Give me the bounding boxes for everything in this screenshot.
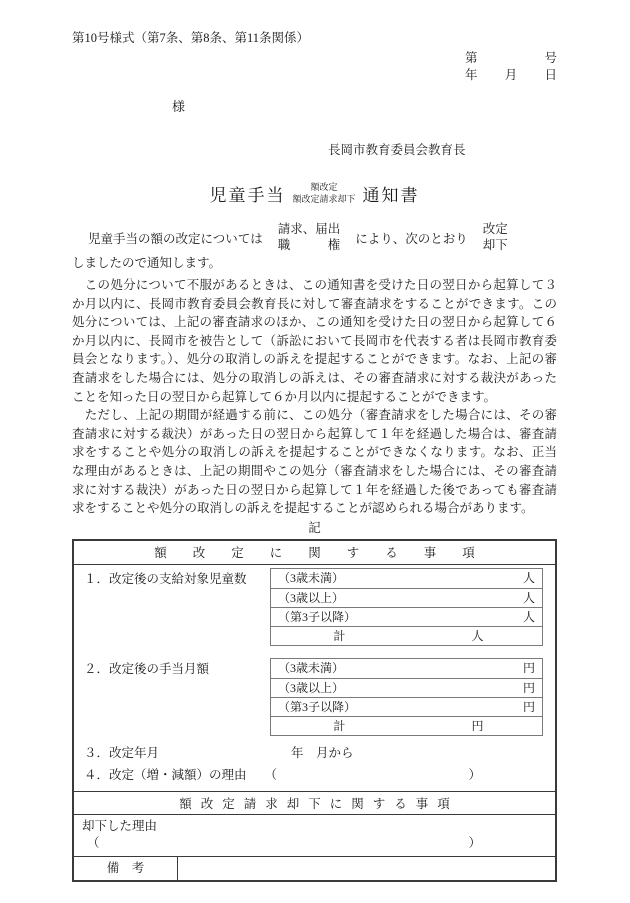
doc-number-prefix: 第 [465,50,478,67]
item4-label: ４．改定（増・減額）の理由 [84,764,247,786]
intro-line-2: しましたので通知します。 [72,254,557,272]
total-label: 計 [333,717,345,735]
table-row: （3歳以上） 人 [271,588,542,607]
age-band-label: （3歳以上） [278,589,344,607]
title-prefix: 児童手当 [209,181,285,206]
date-day-label: 日 [544,67,557,84]
intro-sentence: 児童手当の額の改定については 請求、届出 職 権 により、次のとおり 改定 却下… [72,222,557,272]
item1-children-table: （3歳未満） 人 （3歳以上） 人 （第3子以降） 人 計 人 [270,568,543,646]
remarks-label: 備 考 [74,857,178,880]
item3-row: ３．改定年月 年 月から [74,742,555,764]
item4-paren-close: ） [468,764,481,786]
remarks-row: 備 考 [74,856,555,880]
title-option-stack: 額改定 額改定請求却下 [292,182,355,205]
unit-label: 人 [523,589,535,607]
date-month-label: 月 [505,67,518,84]
ki-marker: 記 [72,519,557,538]
title-option-rejection: 額改定請求却下 [292,194,355,206]
title-option-amount-revision: 額改定 [310,182,337,194]
table-row: （3歳未満） 円 [271,659,542,678]
form-page: { "header": { "style_number": "第10号様式（第7… [0,0,630,903]
title-suffix: 通知書 [363,181,420,206]
date-year-label: 年 [465,67,478,84]
document-title: 児童手当 額改定 額改定請求却下 通知書 [72,181,557,206]
intro-method-claim: 請求、届出 [278,222,341,238]
total-row: 計 人 [271,626,542,645]
age-band-label: （3歳未満） [278,659,344,678]
item3-value: 年 月から [291,742,354,764]
item1-row: １．改定後の支給対象児童数 （3歳未満） 人 （3歳以上） 人 （第3子以降） … [74,568,555,646]
table-row: （3歳以上） 円 [271,678,542,697]
total-label: 計 [333,627,345,645]
remarks-blank-field [178,857,555,880]
total-row: 計 円 [271,716,542,735]
age-band-label: （3歳以上） [278,679,344,697]
table-row: （第3子以降） 円 [271,697,542,716]
unit-label: 円 [523,659,535,678]
intro-method-stack: 請求、届出 職 権 [278,222,341,253]
deadline-exceptions-paragraph: ただし、上記の期間が経過する前に、この処分（審査請求をした場合には、その審査請求… [72,406,557,518]
appeal-instructions-paragraph: この処分について不服があるときは、この通知書を受けた日の翌日から起算して３か月以… [72,276,557,406]
item4-paren-open: （ [265,764,278,786]
notice-details-table: 額改定に関する事項 １．改定後の支給対象児童数 （3歳未満） 人 （3歳以上） … [72,539,557,882]
doc-number-date-block: 第 号 年 月 日 [465,50,557,84]
section2-header: 額改定請求却下に関する事項 [74,791,555,815]
rejection-reason-block: 却下した理由 （ ） [74,815,555,856]
unit-label: 円 [472,717,484,735]
age-band-label: （3歳未満） [278,569,344,588]
item2-label: ２．改定後の手当月額 [74,658,270,680]
doc-date-line: 年 月 日 [465,67,557,84]
unit-label: 円 [523,679,535,697]
intro-lead: 児童手当の額の改定については [88,229,263,247]
item4-blank-field [277,764,468,786]
section1-header: 額改定に関する事項 [74,541,555,565]
item2-row: ２．改定後の手当月額 （3歳未満） 円 （3歳以上） 円 （第3子以降） 円 計… [74,658,555,736]
rejection-paren-open: （ [87,835,100,853]
intro-action-revise: 改定 [483,222,508,238]
intro-middle: により、次のとおり [355,229,468,247]
doc-number-suffix: 号 [544,50,557,67]
item2-amount-table: （3歳未満） 円 （3歳以上） 円 （第3子以降） 円 計 円 [270,658,543,736]
issuer-name: 長岡市教育委員会教育長 [328,142,557,159]
rejection-paren-close: ） [468,835,481,853]
table-row: （3歳未満） 人 [271,569,542,588]
unit-label: 円 [523,698,535,716]
item1-label: １．改定後の支給対象児童数 [74,568,270,590]
form-style-number: 第10号様式（第7条、第8条、第11条関係） [72,30,557,46]
rejection-blank-field [100,835,469,853]
item3-label: ３．改定年月 [84,742,159,764]
intro-method-authority: 職 権 [278,238,341,254]
table-row: （第3子以降） 人 [271,607,542,626]
item4-row: ４．改定（増・減額）の理由 （ ） [74,764,555,786]
section1-body: １．改定後の支給対象児童数 （3歳未満） 人 （3歳以上） 人 （第3子以降） … [74,565,555,791]
intro-action-reject: 却下 [483,238,508,254]
unit-label: 人 [472,627,484,645]
unit-label: 人 [523,569,535,588]
age-band-label: （第3子以降） [278,608,356,626]
addressee-honorific: 様 [172,98,557,116]
rejection-reason-label: 却下した理由 [82,818,555,836]
intro-action-stack: 改定 却下 [483,222,508,253]
rejection-reason-field: （ ） [82,835,555,853]
age-band-label: （第3子以降） [278,698,356,716]
doc-number-line: 第 号 [465,50,557,67]
intro-line-1: 児童手当の額の改定については 請求、届出 職 権 により、次のとおり 改定 却下 [72,222,557,253]
unit-label: 人 [523,608,535,626]
